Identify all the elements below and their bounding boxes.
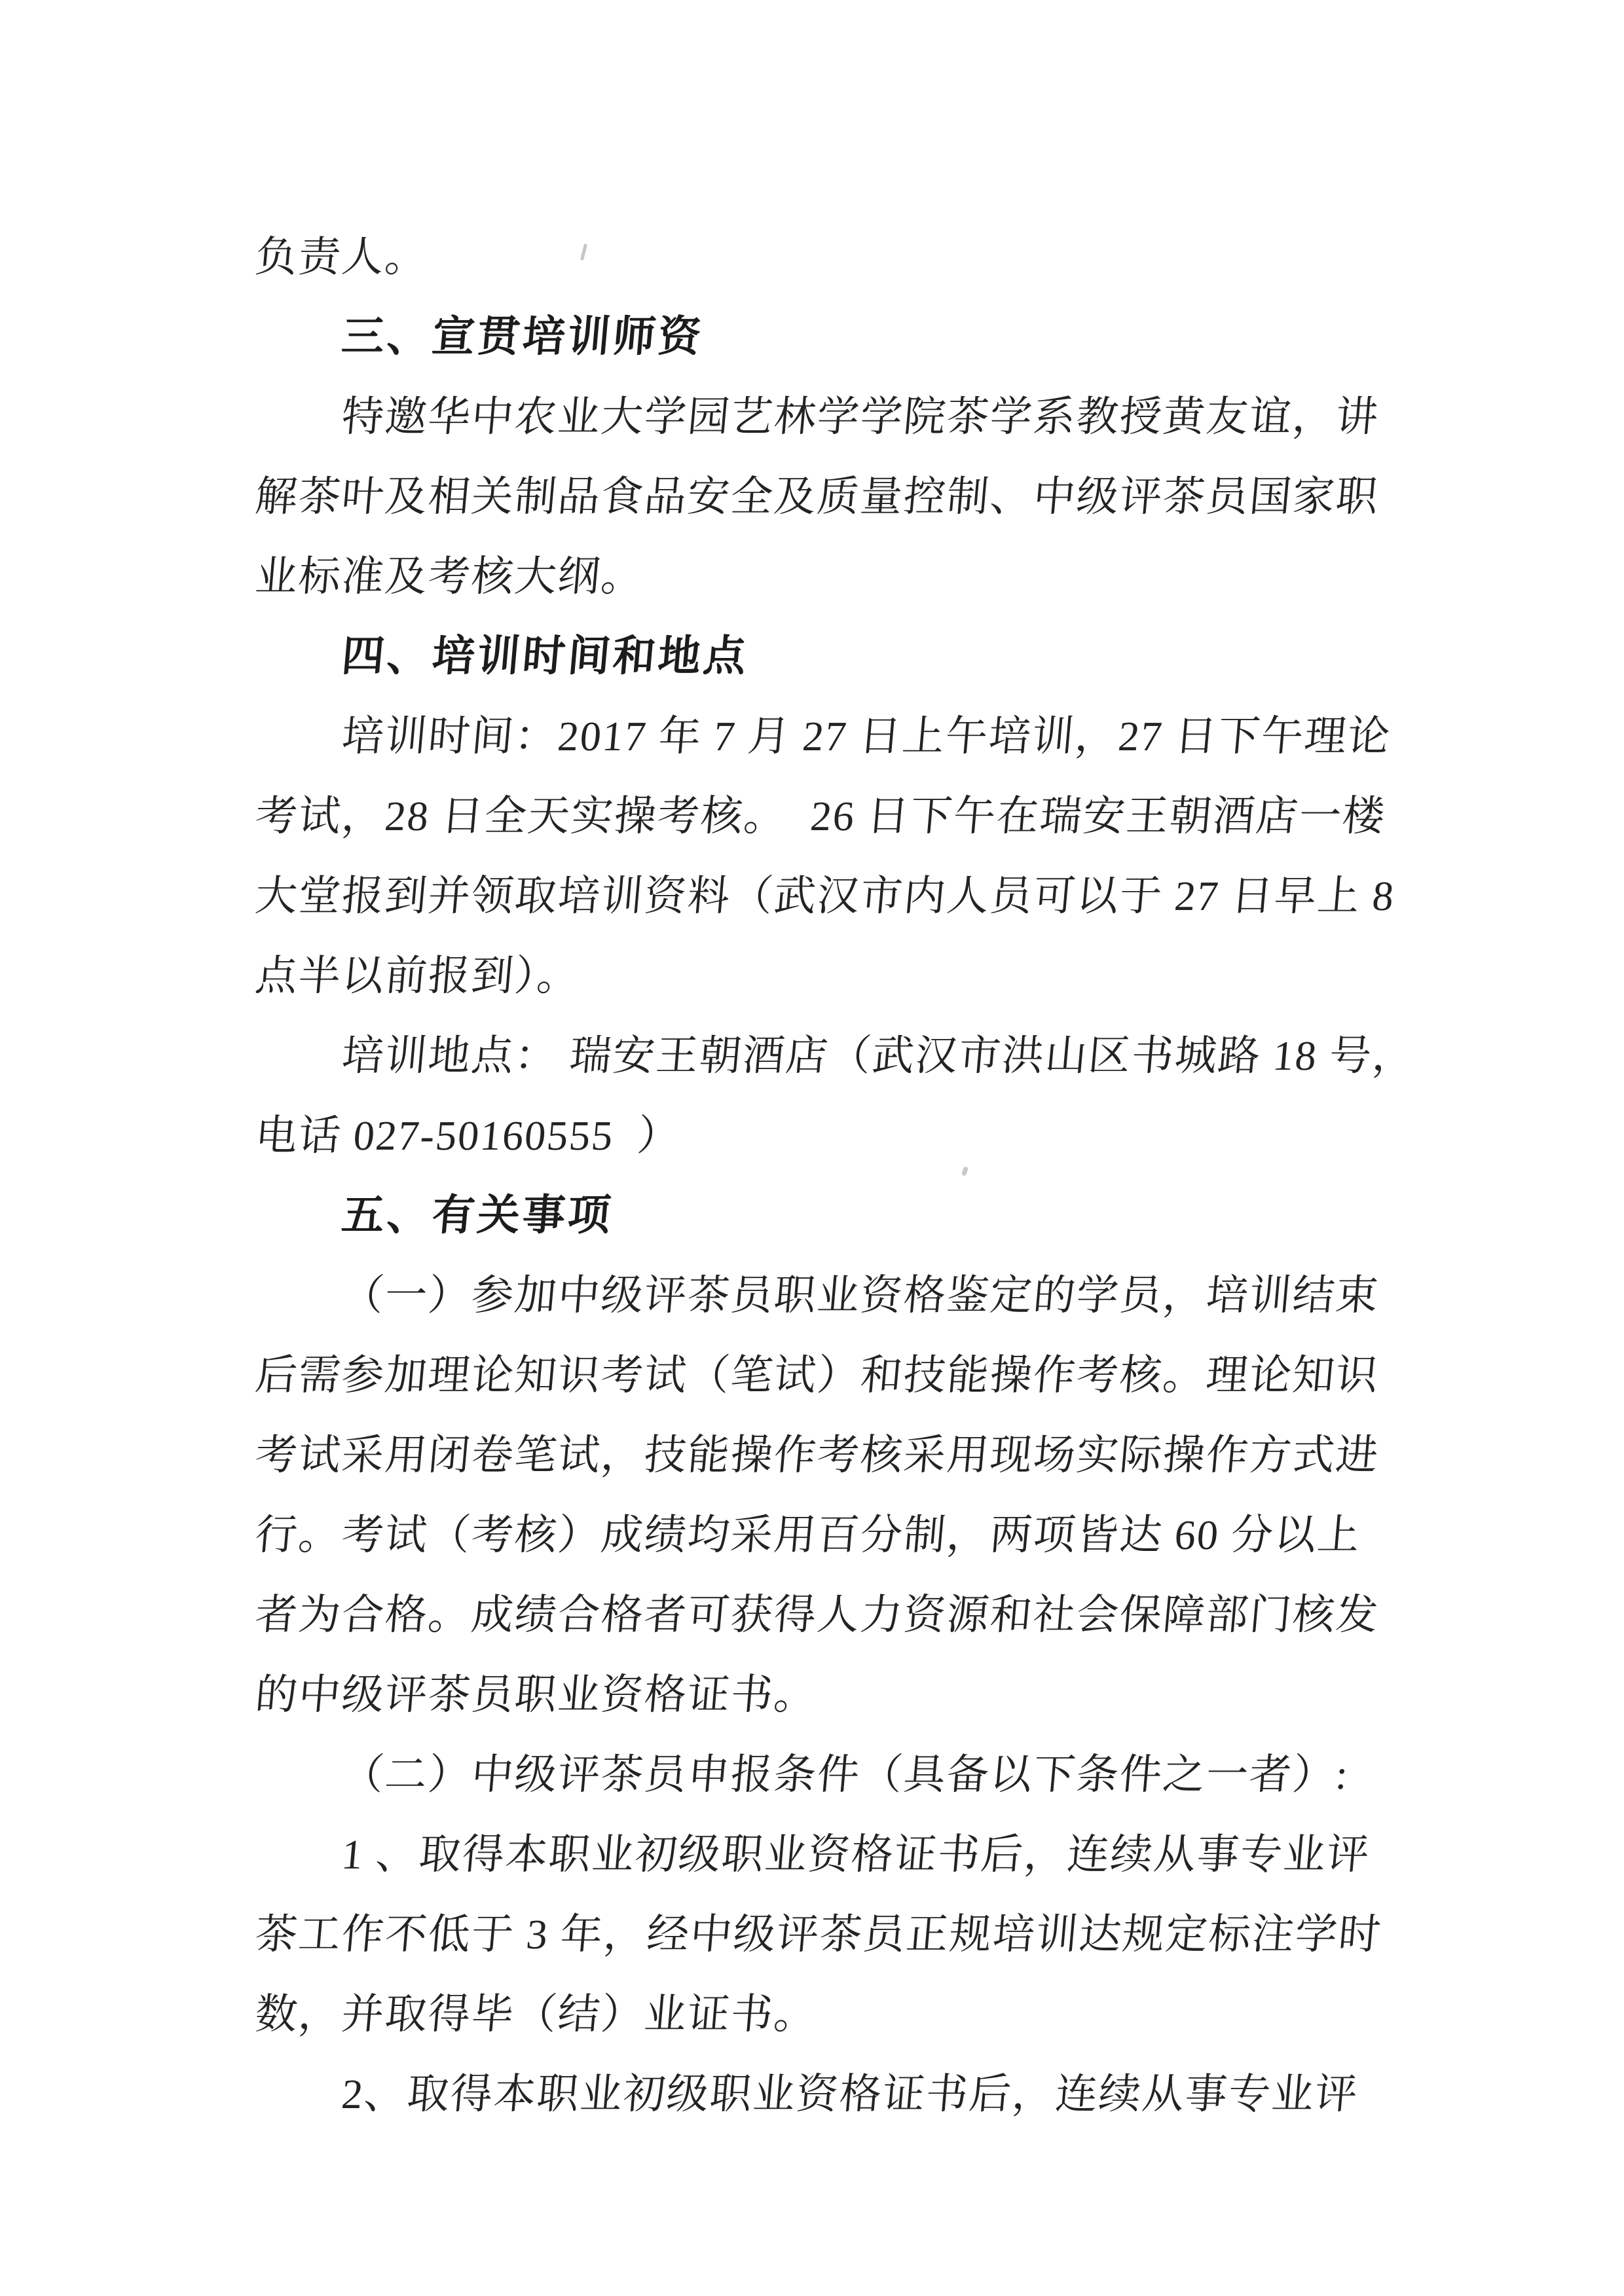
section-heading: 三、宣贯培训师资 xyxy=(252,297,1390,377)
document-line: 大堂报到并领取培训资料（武汉市内人员可以于 27 日早上 8 xyxy=(252,856,1390,936)
document-line: 数，并取得毕（结）业证书。 xyxy=(252,1975,1390,2054)
document-line: 行。考试（考核）成绩均采用百分制，两项皆达 60 分以上 xyxy=(252,1495,1390,1575)
document-body: 负责人。三、宣贯培训师资特邀华中农业大学园艺林学学院茶学系教授黄友谊，讲解茶叶及… xyxy=(255,217,1386,2134)
section-heading: 四、培训时间和地点 xyxy=(252,617,1390,697)
document-line: 后需参加理论知识考试（笔试）和技能操作考核。理论知识 xyxy=(252,1336,1390,1415)
document-line: 业标准及考核大纲。 xyxy=(252,537,1390,617)
document-line: 培训时间：2017 年 7 月 27 日上午培训，27 日下午理论 xyxy=(252,697,1390,776)
document-page: 负责人。三、宣贯培训师资特邀华中农业大学园艺林学学院茶学系教授黄友谊，讲解茶叶及… xyxy=(0,0,1624,2296)
document-line: 负责人。 xyxy=(252,217,1390,297)
document-line: 解茶叶及相关制品食品安全及质量控制、中级评茶员国家职 xyxy=(252,457,1390,537)
document-line: （一）参加中级评茶员职业资格鉴定的学员，培训结束 xyxy=(252,1256,1390,1336)
document-line: 考试，28 日全天实操考核。 26 日下午在瑞安王朝酒店一楼 xyxy=(252,776,1390,856)
document-line: 考试采用闭卷笔试，技能操作考核采用现场实际操作方式进 xyxy=(252,1415,1390,1495)
document-line: 点半以前报到）。 xyxy=(252,936,1390,1016)
document-line: 2、取得本职业初级职业资格证书后，连续从事专业评 xyxy=(252,2054,1390,2134)
document-line: 培训地点： 瑞安王朝酒店（武汉市洪山区书城路 18 号， xyxy=(252,1016,1390,1096)
document-line: 电话 027-50160555 ） xyxy=(252,1096,1390,1176)
document-line: 1 、取得本职业初级职业资格证书后，连续从事专业评 xyxy=(252,1815,1390,1895)
document-line: 者为合格。成绩合格者可获得人力资源和社会保障部门核发 xyxy=(252,1575,1390,1655)
document-line: （二）中级评茶员申报条件（具备以下条件之一者）: xyxy=(252,1735,1390,1815)
document-line: 的中级评茶员职业资格证书。 xyxy=(252,1655,1390,1735)
section-heading: 五、有关事项 xyxy=(252,1176,1390,1256)
document-line: 茶工作不低于 3 年，经中级评茶员正规培训达规定标注学时 xyxy=(252,1895,1390,1975)
document-line: 特邀华中农业大学园艺林学学院茶学系教授黄友谊，讲 xyxy=(252,377,1390,457)
